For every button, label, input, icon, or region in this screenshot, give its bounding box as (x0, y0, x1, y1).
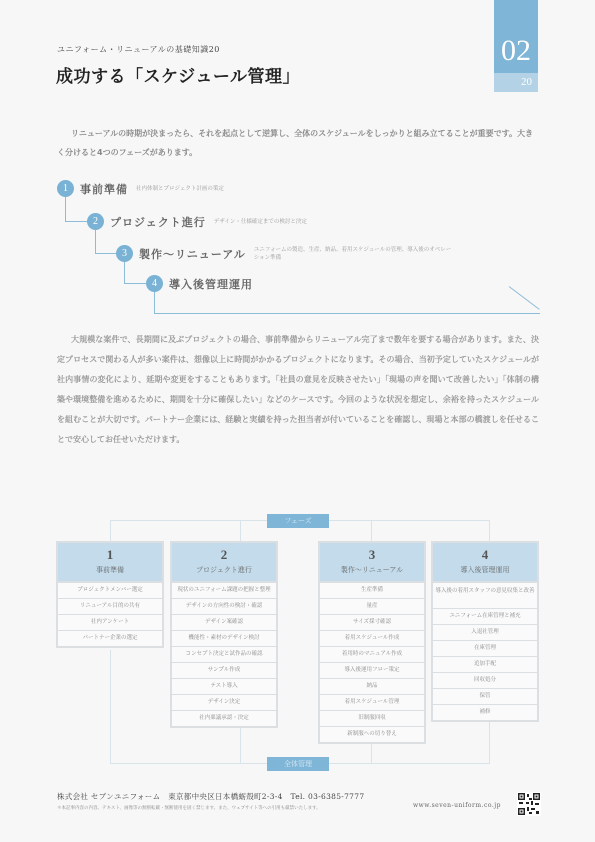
flow-step-3: 3 製作〜リニューアル ユニフォームの製造、生産、納品、着用スケジュールの管理、… (116, 245, 454, 262)
step-number: 3 (116, 245, 133, 262)
step-label: プロジェクト進行 (110, 214, 206, 230)
step-description: ユニフォームの製造、生産、納品、着用スケジュールの管理、導入後のオペレーション準… (254, 246, 454, 262)
column-number: 1 (58, 543, 162, 563)
table-cell: リニューアル目的の共有 (58, 598, 162, 614)
table-cell: サイズ採寸確認 (320, 614, 424, 630)
table-cell: パートナー企業の選定 (58, 630, 162, 646)
column-header: 1 事前準備 (58, 543, 162, 582)
website-link[interactable]: www.seven-uniform.co.jp (413, 802, 501, 809)
step-number: 4 (146, 275, 163, 292)
column-header: 2 プロジェクト進行 (172, 543, 276, 582)
body-paragraph: 大規模な案件で、長期間に及ぶプロジェクトの場合、事前準備からリニューアル完了まで… (57, 330, 539, 450)
step-description: 社内体制とプロジェクト計画の策定 (136, 185, 224, 193)
table-cell: プロジェクトメンバー選定 (58, 582, 162, 598)
step-label: 導入後管理運用 (169, 276, 253, 292)
column-title: 事前準備 (58, 563, 162, 577)
phase-column-4: 4 導入後管理運用 導入後の着用スタッフの意見収集と改善 ユニフォーム在庫管理と… (431, 541, 539, 722)
footer: 株式会社 セブンユニフォーム 東京都中央区日本橋蛎殻町2-3-4 Tel. 03… (57, 791, 547, 811)
phase-column-2: 2 プロジェクト進行 現状のユニフォーム課題の把握と整理 デザインの方向性の検討… (170, 541, 278, 728)
table-cell: デザイン決定 (172, 694, 276, 710)
table-cell: 着用時のマニュアル作成 (320, 646, 424, 662)
phase-flow-diagram: 1 事前準備 社内体制とプロジェクト計画の策定 2 プロジェクト進行 デザイン・… (0, 0, 595, 330)
step-description: デザイン・仕様確定までの検討と決定 (214, 218, 307, 226)
table-cell: 在庫管理 (433, 640, 537, 656)
flow-connector (154, 292, 540, 314)
column-number: 3 (320, 543, 424, 563)
phase-column-1: 1 事前準備 プロジェクトメンバー選定 リニューアル目的の共有 社内アンケート … (56, 541, 164, 648)
table-cell: 新制服への切り替え (320, 726, 424, 742)
column-title: プロジェクト進行 (172, 563, 276, 577)
table-cell: 入退社管理 (433, 624, 537, 640)
table-cell: 保管 (433, 688, 537, 704)
table-cell: 回収処分 (433, 672, 537, 688)
table-cell: 導入後運用フロー策定 (320, 662, 424, 678)
column-number: 4 (433, 543, 537, 563)
table-cell: 社内アンケート (58, 614, 162, 630)
table-cell: 補修 (433, 704, 537, 720)
table-cell: ユニフォーム在庫管理と補充 (433, 608, 537, 624)
step-number: 2 (87, 213, 104, 230)
column-number: 2 (172, 543, 276, 563)
table-cell: 着用スケジュール管理 (320, 694, 424, 710)
phase-marker: フェーズ (267, 514, 329, 528)
table-cell: 導入後の着用スタッフの意見収集と改善 (433, 582, 537, 608)
column-header: 3 製作〜リニューアル (320, 543, 424, 582)
step-label: 製作〜リニューアル (139, 246, 246, 262)
column-title: 製作〜リニューアル (320, 563, 424, 577)
table-cell: 追加手配 (433, 656, 537, 672)
table-cell: 社内稟議承認・決定 (172, 710, 276, 726)
flow-step-4: 4 導入後管理運用 (146, 275, 253, 292)
table-cell: 着用スケジュール作成 (320, 630, 424, 646)
qr-code-icon[interactable] (517, 792, 541, 816)
flow-step-1: 1 事前準備 社内体制とプロジェクト計画の策定 (57, 180, 224, 197)
table-cell: テスト導入 (172, 678, 276, 694)
table-cell: 旧制服回収 (320, 710, 424, 726)
column-header: 4 導入後管理運用 (433, 543, 537, 582)
overall-management-marker: 全体管理 (267, 757, 329, 771)
table-cell: コンセプト決定と試作品の確認 (172, 646, 276, 662)
flow-step-2: 2 プロジェクト進行 デザイン・仕様確定までの検討と決定 (87, 213, 307, 230)
table-cell: 機能性・素材のデザイン検討 (172, 630, 276, 646)
table-cell: 生産準備 (320, 582, 424, 598)
table-cell: デザインの方向性の検討・確認 (172, 598, 276, 614)
table-cell: デザイン案確認 (172, 614, 276, 630)
flow-connector (124, 262, 146, 284)
table-cell: 現状のユニフォーム課題の把握と整理 (172, 582, 276, 598)
table-cell: サンプル作成 (172, 662, 276, 678)
table-cell: 納品 (320, 678, 424, 694)
phase-column-3: 3 製作〜リニューアル 生産準備 量産 サイズ採寸確認 着用スケジュール作成 着… (318, 541, 426, 744)
table-cell: 量産 (320, 598, 424, 614)
company-info: 株式会社 セブンユニフォーム 東京都中央区日本橋蛎殻町2-3-4 Tel. 03… (57, 791, 547, 802)
column-title: 導入後管理運用 (433, 563, 537, 577)
step-label: 事前準備 (80, 181, 128, 197)
step-number: 1 (57, 180, 74, 197)
